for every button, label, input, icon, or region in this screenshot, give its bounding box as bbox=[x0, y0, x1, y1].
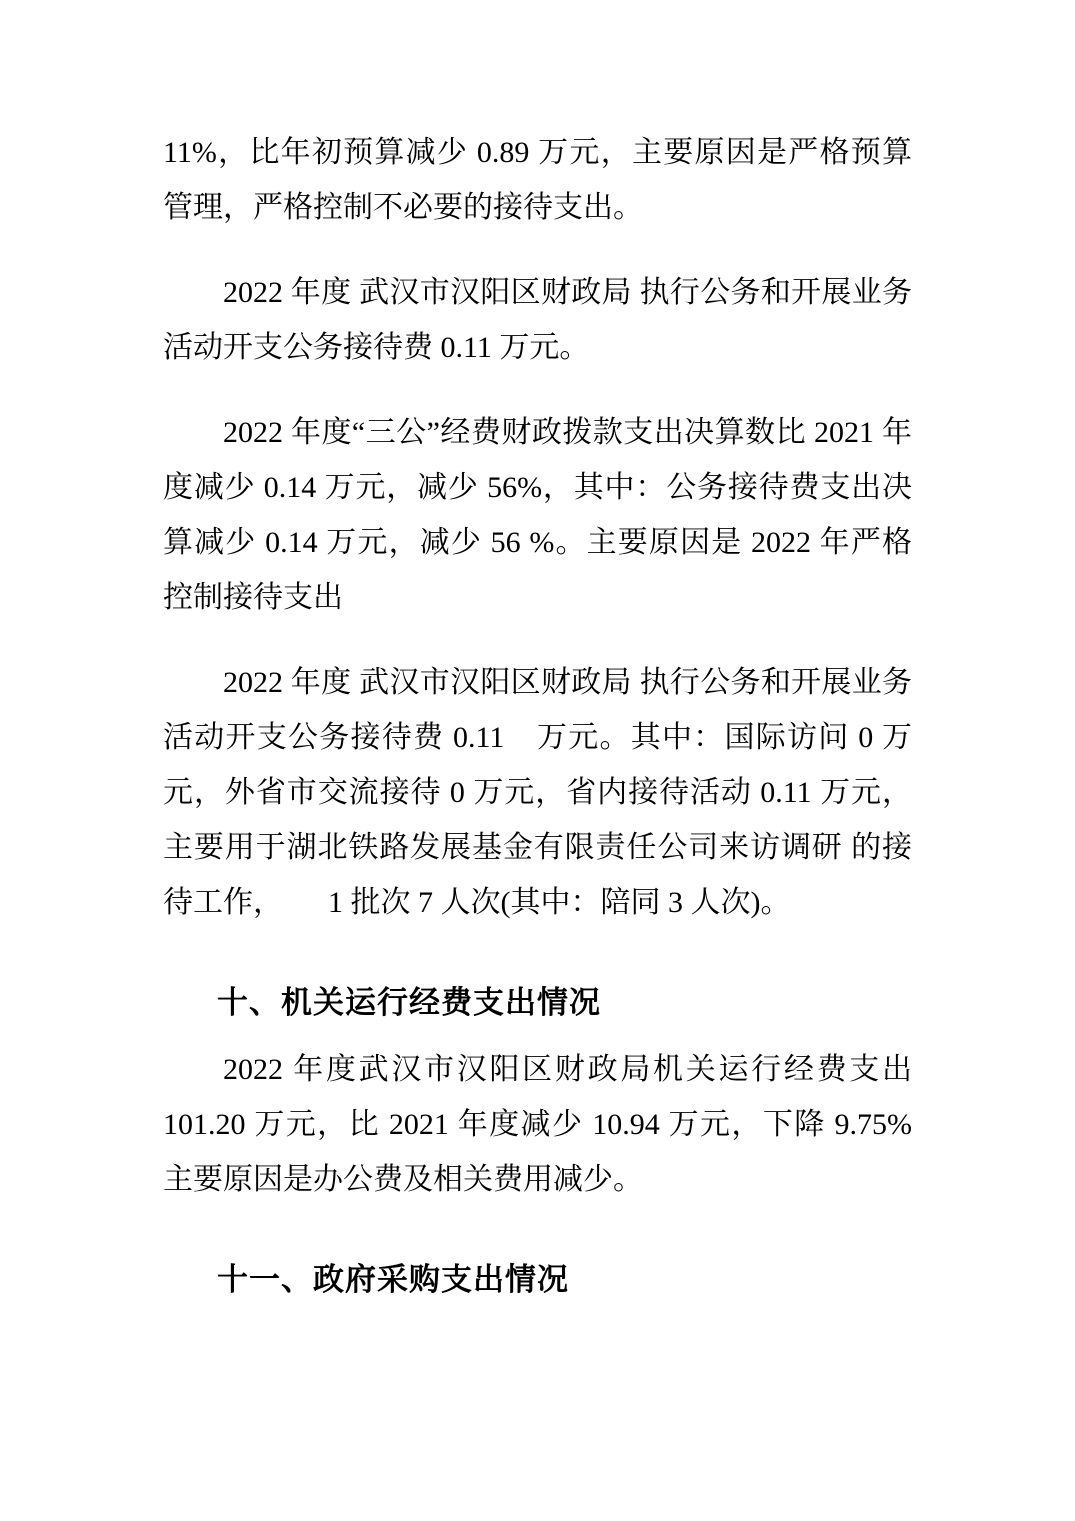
document-body: 11%，比年初预算减少 0.89 万元，主要原因是严格预算管理，严格控制不必要的… bbox=[163, 125, 912, 1307]
section-heading-ten-agency-operating-expense: 十、机关运行经费支出情况 bbox=[163, 975, 912, 1030]
document-page: 11%，比年初预算减少 0.89 万元，主要原因是严格预算管理，严格控制不必要的… bbox=[0, 0, 1075, 1521]
paragraph-reception-expense-detail: 2022 年度 武汉市汉阳区财政局 执行公务和开展业务活动开支公务接待费 0.1… bbox=[163, 655, 912, 930]
section-heading-eleven-government-procurement: 十一、政府采购支出情况 bbox=[163, 1252, 912, 1307]
paragraph-reception-budget-continuation: 11%，比年初预算减少 0.89 万元，主要原因是严格预算管理，严格控制不必要的… bbox=[163, 125, 912, 235]
paragraph-agency-operating-expense: 2022 年度武汉市汉阳区财政局机关运行经费支出 101.20 万元，比 202… bbox=[163, 1042, 912, 1207]
paragraph-three-public-funds-comparison: 2022 年度“三公”经费财政拨款支出决算数比 2021 年度减少 0.14 万… bbox=[163, 405, 912, 625]
paragraph-official-reception-expense: 2022 年度 武汉市汉阳区财政局 执行公务和开展业务活动开支公务接待费 0.1… bbox=[163, 265, 912, 375]
